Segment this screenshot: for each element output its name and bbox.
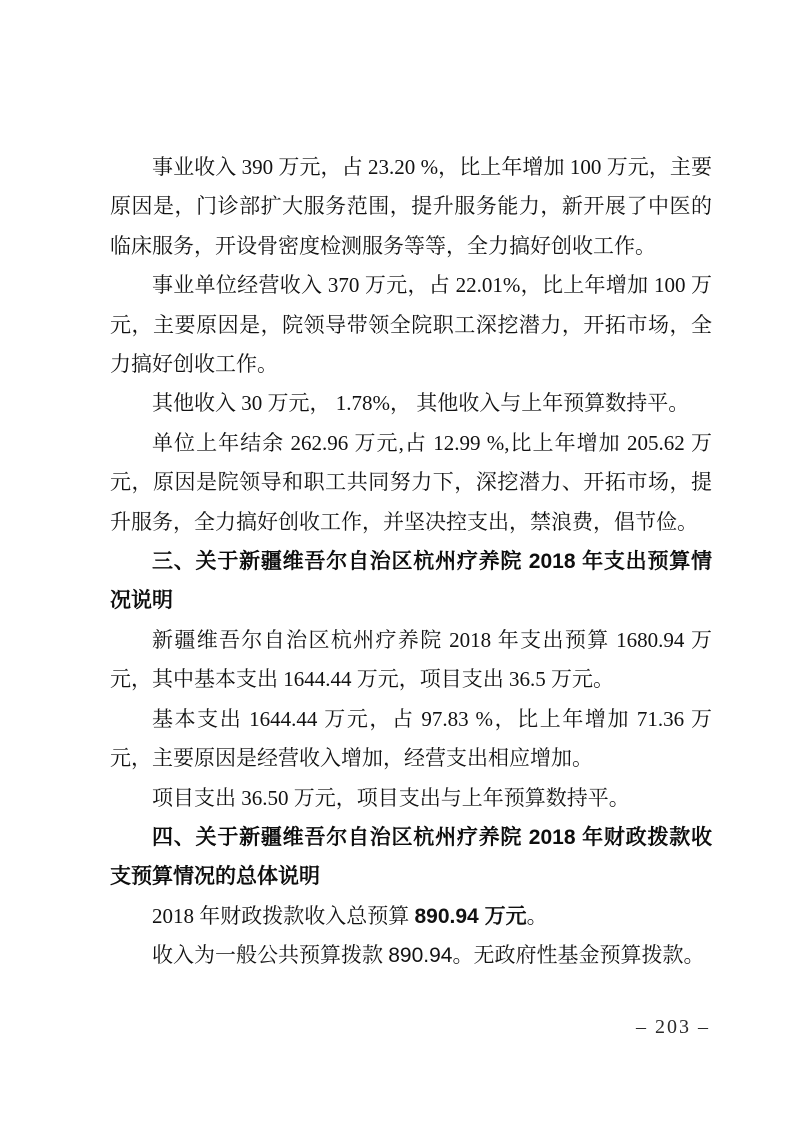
paragraph-project-expenditure: 项目支出 36.50 万元，项目支出与上年预算数持平。	[110, 779, 712, 818]
paragraph-fiscal-appropriation-total: 2018 年财政拨款收入总预算 890.94 万元。	[110, 897, 712, 936]
page-number: – 203 –	[636, 1016, 710, 1039]
paragraph-basic-expenditure: 基本支出 1644.44 万元，占 97.83 %，比上年增加 71.36 万元…	[110, 700, 712, 779]
paragraph-prior-year-balance: 单位上年结余 262.96 万元,占 12.99 %,比上年增加 205.62 …	[110, 424, 712, 542]
fiscal-detail-amount: 890.94	[388, 944, 452, 967]
fiscal-total-amount: 890.94 万元	[415, 905, 527, 928]
document-page: 事业收入 390 万元，占 23.20 %，比上年增加 100 万元，主要原因是…	[0, 0, 793, 1122]
paragraph-institutional-income: 事业收入 390 万元，占 23.20 %，比上年增加 100 万元，主要原因是…	[110, 148, 712, 266]
paragraph-other-income: 其他收入 30 万元， 1.78%， 其他收入与上年预算数持平。	[110, 384, 712, 423]
text-block: 事业收入 390 万元，占 23.20 %，比上年增加 100 万元，主要原因是…	[110, 148, 712, 976]
fiscal-total-suffix: 。	[527, 904, 548, 928]
fiscal-detail-prefix: 收入为一般公共预算拨款	[152, 943, 388, 967]
fiscal-detail-suffix: 。无政府性基金预算拨款。	[452, 943, 704, 967]
paragraph-expenditure-total: 新疆维吾尔自治区杭州疗养院 2018 年支出预算 1680.94 万元，其中基本…	[110, 621, 712, 700]
paragraph-fiscal-appropriation-detail: 收入为一般公共预算拨款 890.94。无政府性基金预算拨款。	[110, 936, 712, 975]
heading-section-three-expenditure-budget: 三、关于新疆维吾尔自治区杭州疗养院 2018 年支出预算情况说明	[110, 542, 712, 621]
heading-section-four-fiscal-appropriation: 四、关于新疆维吾尔自治区杭州疗养院 2018 年财政拨款收支预算情况的总体说明	[110, 818, 712, 897]
paragraph-operating-income: 事业单位经营收入 370 万元，占 22.01%，比上年增加 100 万元，主要…	[110, 266, 712, 384]
fiscal-total-prefix: 2018 年财政拨款收入总预算	[152, 904, 415, 928]
